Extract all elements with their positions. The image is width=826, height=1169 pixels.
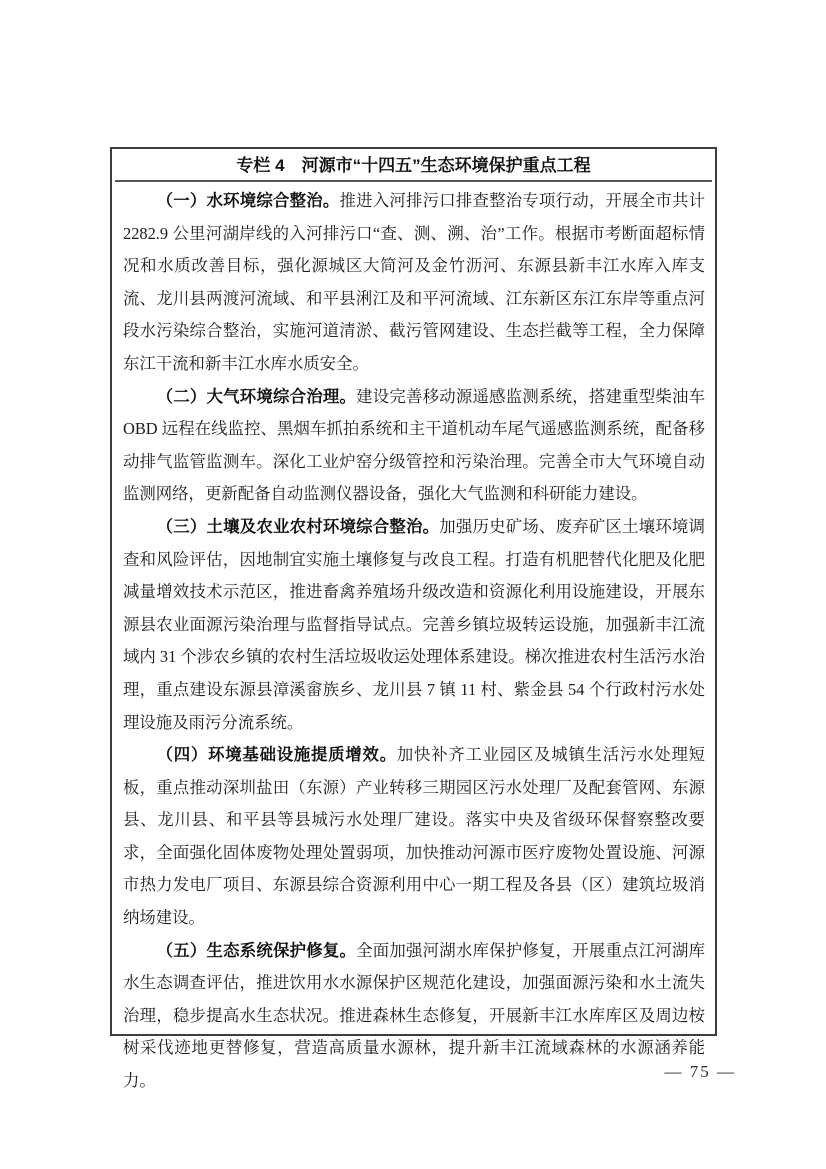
highlight-box: 专栏 4 河源市“十四五”生态环境保护重点工程 （一）水环境综合整治。推进入河排… <box>110 147 717 1036</box>
document-page: 专栏 4 河源市“十四五”生态环境保护重点工程 （一）水环境综合整治。推进入河排… <box>0 0 826 1169</box>
section-paragraph: （四）环境基础设施提质增效。加快补齐工业园区及城镇生活污水处理短板，重点推动深圳… <box>123 739 705 935</box>
section-body: 全面加强河湖水库保护修复，开展重点江河湖库水生态调查评估，推进饮用水水源保护区规… <box>123 941 705 1090</box>
section-paragraph: （一）水环境综合整治。推进入河排污口排查整治专项行动，开展全市共计 2282.9… <box>123 185 705 381</box>
section-heading: （二）大气环境综合治理。 <box>157 388 357 406</box>
section-body: 推进入河排污口排查整治专项行动，开展全市共计 2282.9 公里河湖岸线的入河排… <box>123 191 705 373</box>
box-title: 专栏 4 河源市“十四五”生态环境保护重点工程 <box>115 149 712 182</box>
section-heading: （三）土壤及农业农村环境综合整治。 <box>157 518 440 536</box>
section-body: 加快补齐工业园区及城镇生活污水处理短板，重点推动深圳盐田（东源）产业转移三期园区… <box>123 745 705 927</box>
section-paragraph: （三）土壤及农业农村环境综合整治。加强历史矿场、废弃矿区土壤环境调查和风险评估，… <box>123 511 705 739</box>
section-heading: （一）水环境综合整治。 <box>157 192 340 210</box>
page-number: — 75 — <box>665 1062 737 1082</box>
section-heading: （四）环境基础设施提质增效。 <box>157 746 397 764</box>
section-heading: （五）生态系统保护修复。 <box>157 942 357 960</box>
box-body: （一）水环境综合整治。推进入河排污口排查整治专项行动，开展全市共计 2282.9… <box>112 182 715 1098</box>
section-paragraph: （五）生态系统保护修复。全面加强河湖水库保护修复，开展重点江河湖库水生态调查评估… <box>123 935 705 1098</box>
section-body: 加强历史矿场、废弃矿区土壤环境调查和风险评估，因地制宜实施土壤修复与改良工程。打… <box>123 517 705 732</box>
section-paragraph: （二）大气环境综合治理。建设完善移动源遥感监测系统，搭建重型柴油车 OBD 远程… <box>123 381 705 511</box>
